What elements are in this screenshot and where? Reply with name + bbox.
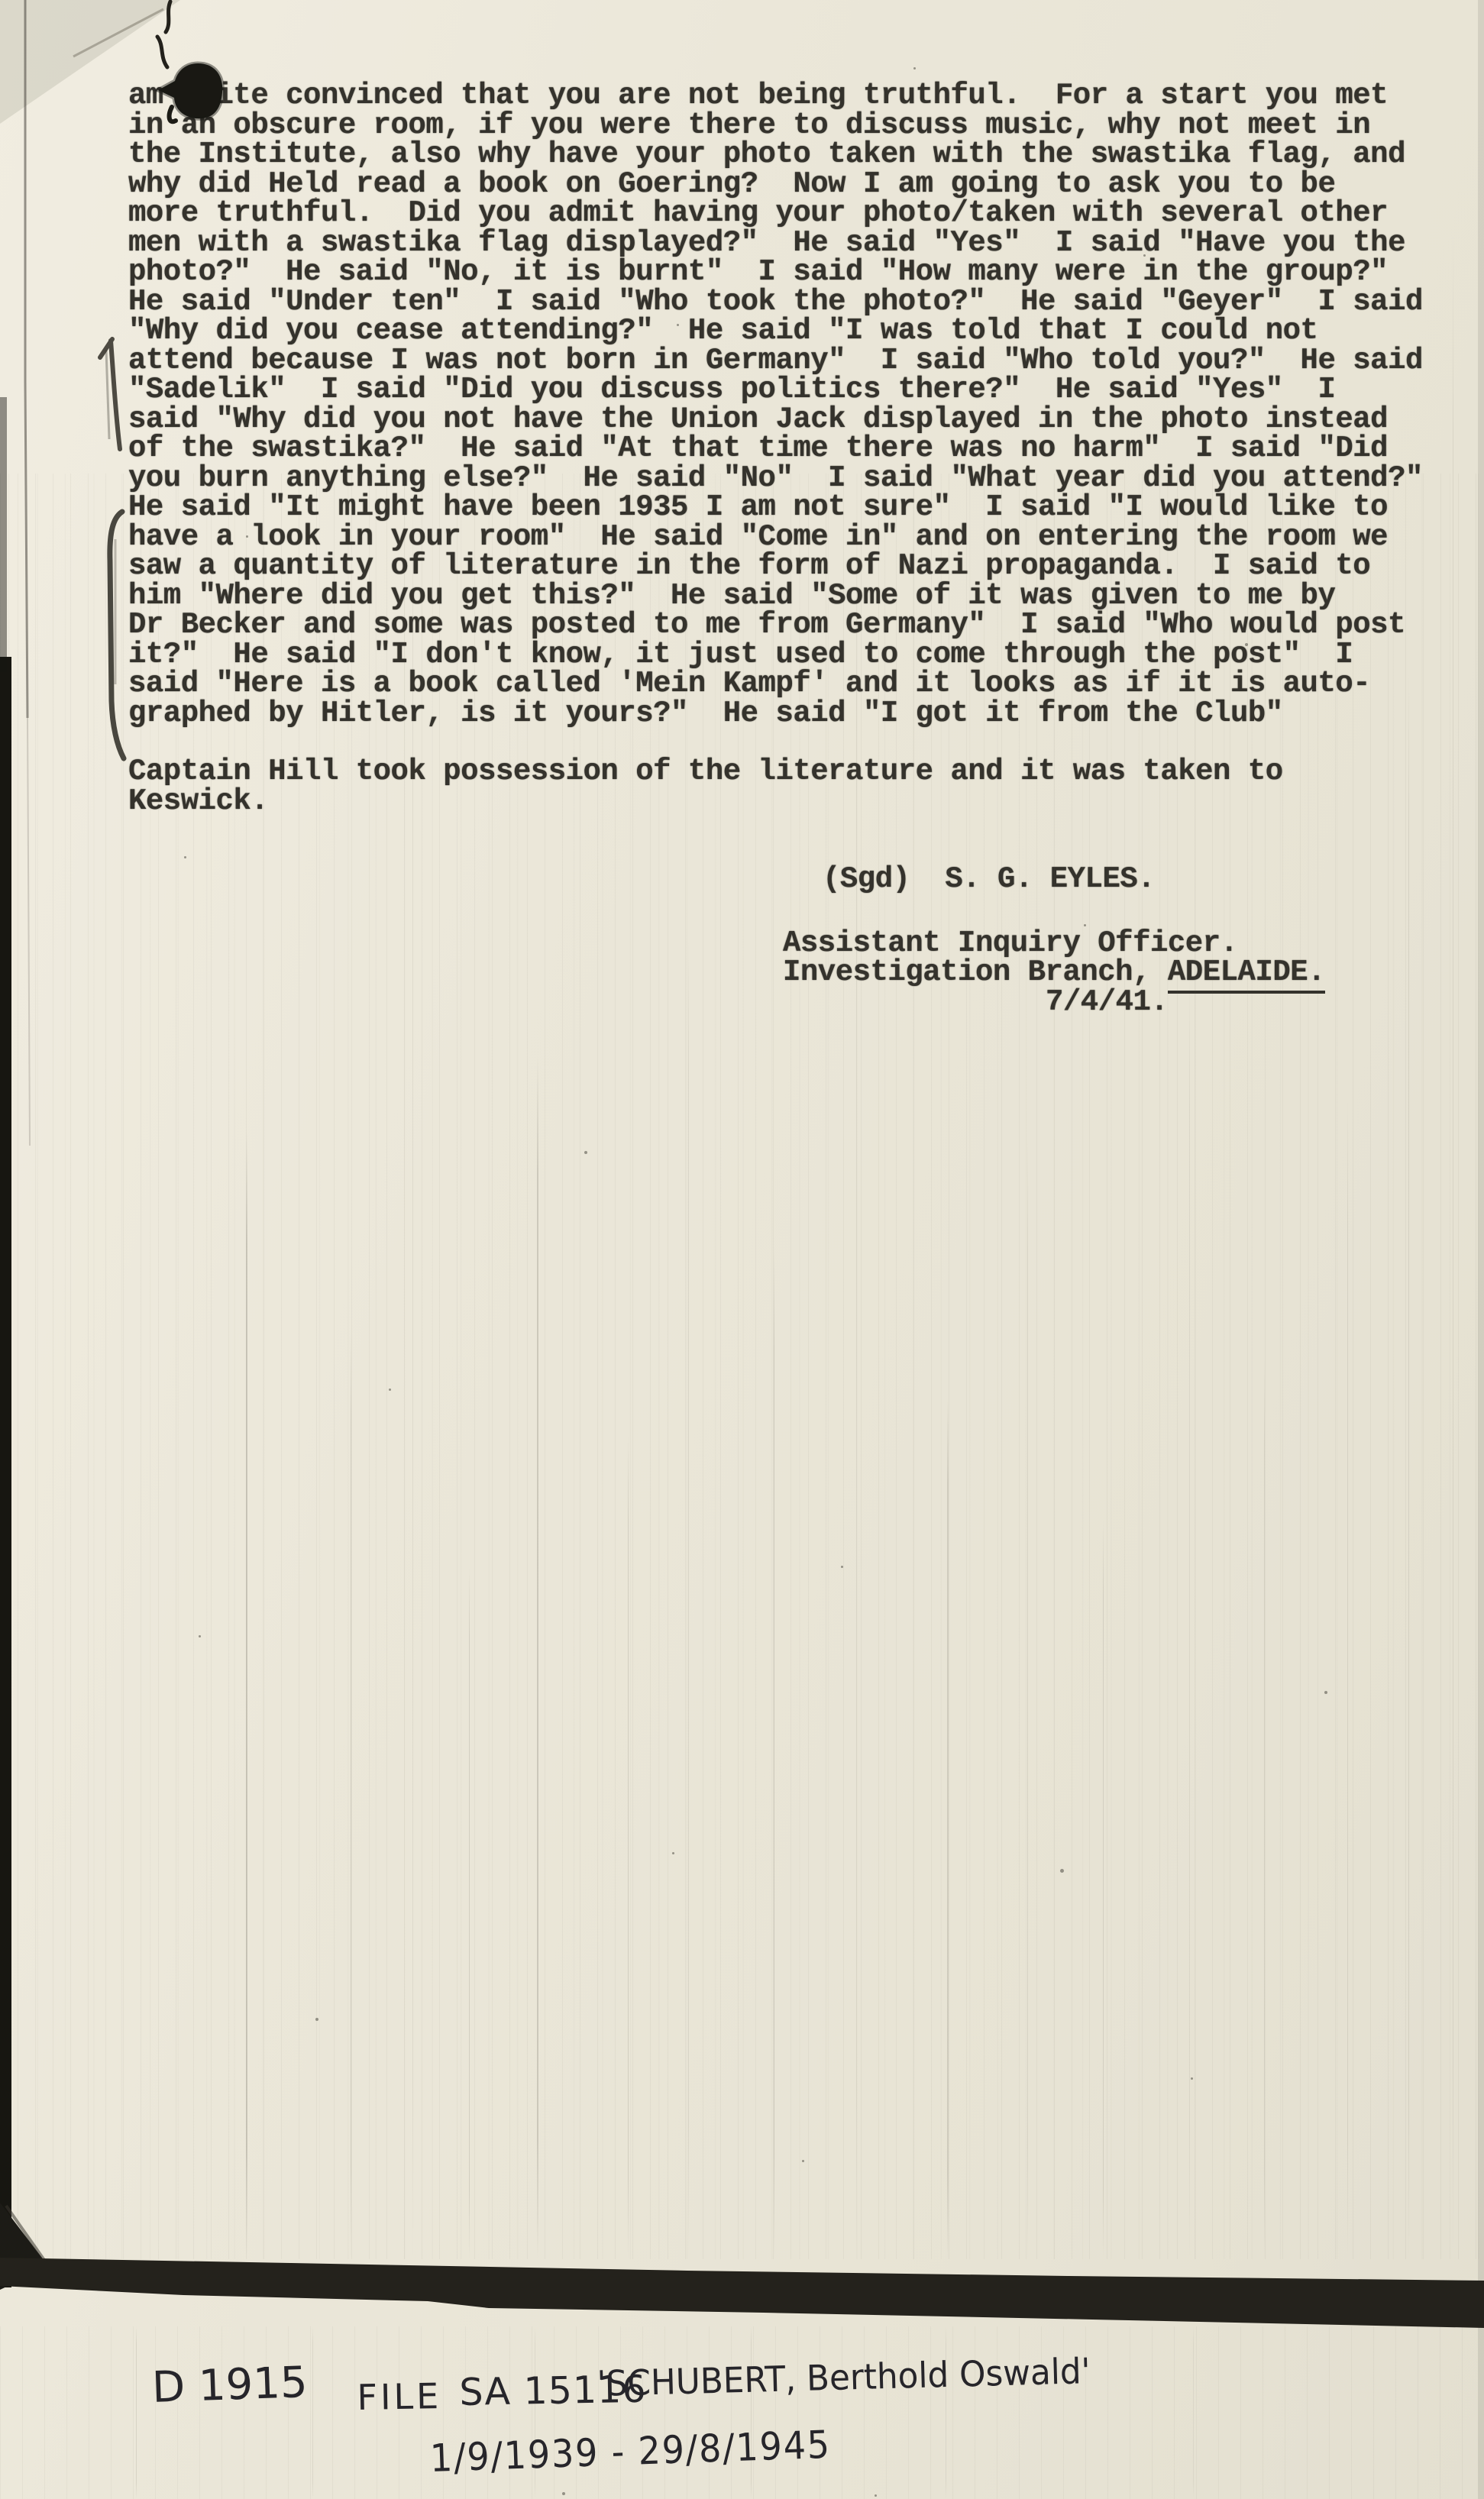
photocopy-streak	[1103, 1520, 1104, 2259]
pen-squiggle	[157, 2, 170, 67]
dust-speck	[913, 67, 916, 70]
margin-tick-mark	[100, 339, 120, 449]
photocopy-streak	[1193, 2326, 1194, 2499]
page-corner-fold-bottom-left	[0, 2203, 49, 2290]
photocopy-streak	[947, 1398, 949, 2259]
photocopy-streak	[1408, 672, 1409, 2259]
photocopy-streak	[312, 2326, 313, 2499]
signature-role-line: Assistant Inquiry Officer.	[783, 929, 1238, 959]
dust-speck	[841, 1566, 843, 1568]
dust-speck	[802, 2160, 804, 2162]
photocopy-streak	[537, 1054, 538, 2259]
margin-tick-mark-echo	[106, 350, 109, 439]
photocopy-streak	[136, 2326, 137, 2499]
photocopy-streak	[688, 939, 689, 2259]
photocopy-streak	[1264, 1359, 1265, 2259]
photocopy-streaks-bottom	[0, 2326, 1484, 2499]
dust-speck	[199, 1635, 201, 1637]
crease-bottom-left	[6, 2206, 46, 2262]
scan-edge-right	[1478, 0, 1484, 2499]
typed-body-text: am quite convinced that you are not bein…	[128, 81, 1423, 728]
crease-line-top-left	[73, 9, 163, 57]
scan-edge-strip-fade	[0, 397, 7, 672]
photocopy-streak	[246, 1130, 247, 2259]
scan-edge-strip	[0, 657, 11, 2287]
dust-speck	[1060, 1869, 1064, 1873]
signature-date: 7/4/41.	[1046, 988, 1168, 1017]
photocopy-streaks-main	[0, 474, 1484, 2259]
dust-speck	[389, 1389, 391, 1391]
dust-speck	[562, 2492, 565, 2495]
crease-line-left	[25, 0, 27, 718]
photocopy-streak	[351, 1329, 351, 2259]
scanned-document-page: am quite convinced that you are not bein…	[0, 0, 1484, 2499]
photocopy-streak	[628, 1436, 629, 2259]
annotation-ref: D 1915	[151, 2358, 309, 2413]
scan-gap-band	[0, 2258, 1484, 2328]
dust-speck	[1324, 1691, 1327, 1694]
photocopy-streak	[1189, 978, 1190, 2259]
signature-sgd-line: (Sgd) S. G. EYLES.	[823, 865, 1155, 894]
photocopy-streak	[469, 1566, 470, 2259]
signature-city-underlined: ADELAIDE.	[1168, 955, 1325, 994]
photocopy-streak	[1453, 229, 1453, 2259]
photocopy-streak	[1027, 1138, 1028, 2259]
photocopy-streak	[1347, 1100, 1348, 2259]
dust-speck	[1191, 2077, 1193, 2080]
crease-line-left-faint	[27, 718, 30, 1146]
dust-speck	[875, 2494, 877, 2497]
dust-speck	[184, 856, 186, 858]
dust-speck	[315, 2018, 318, 2021]
photocopy-streak	[751, 2326, 752, 2499]
dust-speck	[672, 1852, 674, 1854]
signature-branch-line: Investigation Branch, ADELAIDE.	[783, 958, 1325, 988]
signature-branch-prefix: Investigation Branch,	[783, 955, 1168, 989]
annotation-date-range: 1/9/1939 - 29/8/1945	[429, 2423, 832, 2481]
margin-bracket-mark	[110, 512, 124, 758]
annotation-subject-name: 'SCHUBERT, Berthold Oswald'	[597, 2350, 1091, 2404]
closing-paragraph: Captain Hill took possession of the lite…	[128, 757, 1283, 816]
dust-speck	[584, 1151, 587, 1154]
photocopy-streak	[774, 1245, 774, 2259]
photocopy-streak	[946, 2326, 946, 2499]
annotation-file-label: FILE	[357, 2375, 442, 2418]
